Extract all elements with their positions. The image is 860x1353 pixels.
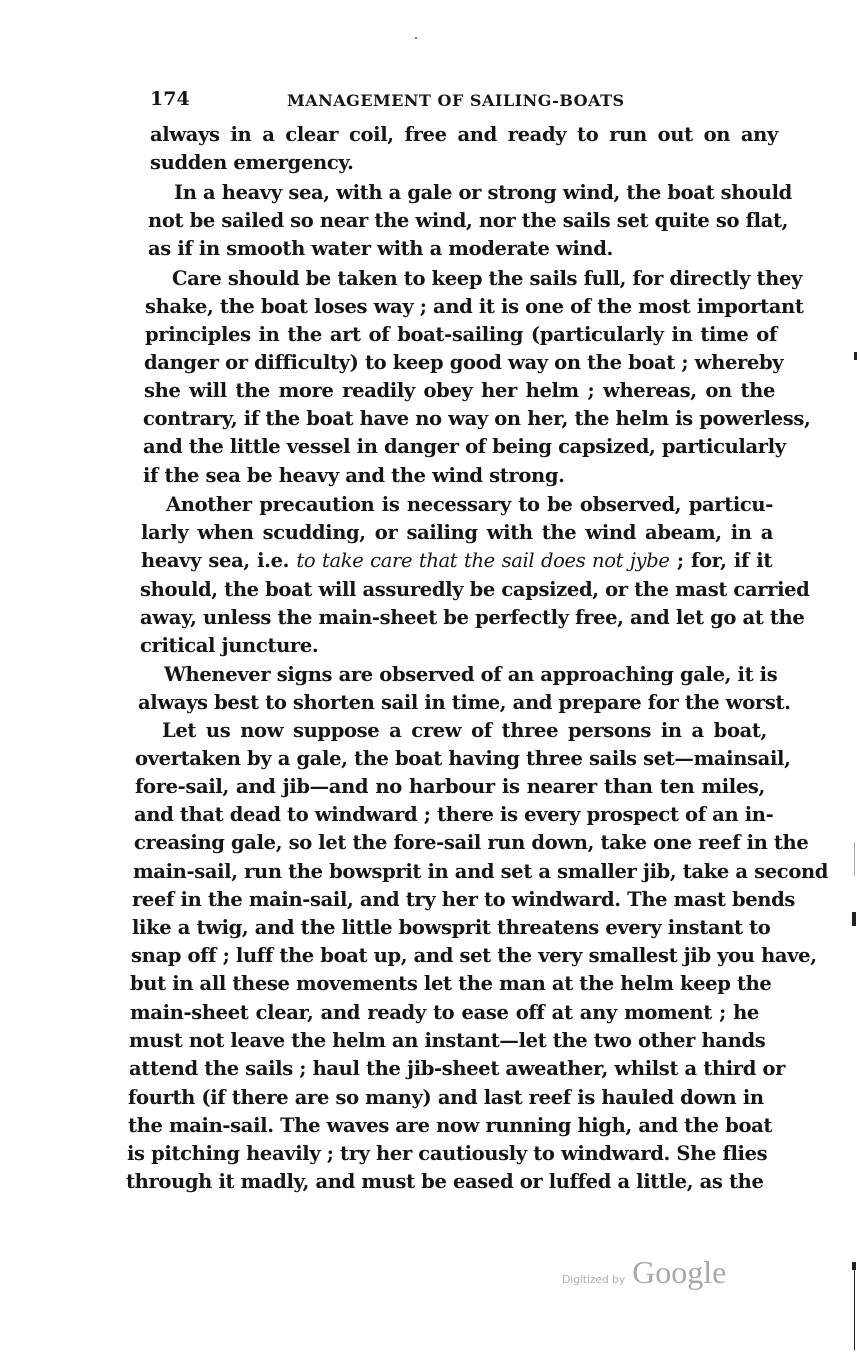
- text-line: creasing gale, so let the fore-sail run …: [134, 829, 764, 857]
- scan-edge-mark: [854, 352, 857, 360]
- text-span: ; for, if it: [670, 549, 772, 572]
- text-line: must not leave the helm an instant—let t…: [129, 1027, 758, 1055]
- text-line: critical juncture.: [140, 632, 310, 660]
- text-line: Another precaution is necessary to be ob…: [166, 491, 773, 519]
- text-line: like a twig, and the little bowsprit thr…: [132, 914, 762, 942]
- text-line: sudden emergency.: [150, 149, 340, 177]
- text-line: but in all these movements let the man a…: [130, 970, 760, 998]
- text-line: through it madly, and must be eased or l…: [126, 1168, 754, 1196]
- scan-edge-mark: [852, 912, 856, 926]
- running-title: MANAGEMENT OF SAILING-BOATS: [287, 91, 625, 110]
- watermark-prefix: Digitized by: [562, 1273, 625, 1286]
- scan-edge-line: [854, 842, 855, 876]
- scan-speck: [415, 37, 417, 39]
- text-line: she will the more readily obey her helm …: [144, 377, 775, 405]
- text-line: the main-sail. The waves are now running…: [128, 1112, 756, 1140]
- text-line: danger or difficulty) to keep good way o…: [144, 349, 776, 377]
- text-line: shake, the boat loses way ; and it is on…: [145, 293, 777, 321]
- text-line: heavy sea, i.e. to take care that the sa…: [141, 547, 772, 575]
- text-line: overtaken by a gale, the boat having thr…: [135, 745, 767, 773]
- text-line: contrary, if the boat have no way on her…: [143, 405, 775, 433]
- text-line: is pitching heavily ; try her cautiously…: [127, 1140, 756, 1168]
- text-line: always in a clear coil, free and ready t…: [150, 121, 778, 149]
- text-line: principles in the art of boat-sailing (p…: [145, 321, 777, 349]
- text-line: and that dead to windward ; there is eve…: [134, 801, 764, 829]
- text-line: main-sail, run the bowsprit in and set a…: [133, 858, 764, 886]
- text-line: main-sheet clear, and ready to ease off …: [130, 999, 759, 1027]
- text-line: as if in smooth water with a moderate wi…: [148, 235, 598, 263]
- italic-emphasis: to take care that the sail does not jybe: [296, 549, 669, 572]
- text-line: Whenever signs are observed of an approa…: [164, 661, 769, 689]
- text-line: reef in the main-sail, and try her to wi…: [132, 886, 762, 914]
- scan-edge-mark: [852, 1262, 856, 1270]
- text-line: always best to shorten sail in time, and…: [138, 689, 768, 717]
- text-line: away, unless the main-sheet be perfectly…: [140, 604, 770, 632]
- google-watermark: Digitized by Google: [562, 1254, 726, 1291]
- text-line: fore-sail, and jib—and no harbour is nea…: [135, 773, 765, 801]
- text-line: Let us now suppose a crew of three perso…: [162, 717, 767, 745]
- text-line: fourth (if there are so many) and last r…: [128, 1084, 756, 1112]
- page-header: 174 MANAGEMENT OF SAILING-BOATS: [150, 88, 780, 112]
- text-line: should, the boat will assuredly be capsi…: [140, 576, 771, 604]
- text-line: not be sailed so near the wind, nor the …: [148, 207, 778, 235]
- text-line: attend the sails ; haul the jib-sheet aw…: [129, 1055, 758, 1083]
- text-line: snap off ; luff the boat up, and set the…: [131, 942, 761, 970]
- text-span: heavy sea, i.e.: [141, 549, 296, 572]
- text-line: and the little vessel in danger of being…: [143, 433, 773, 461]
- text-line: In a heavy sea, with a gale or strong wi…: [174, 179, 778, 207]
- page-number: 174: [150, 88, 190, 110]
- text-line: if the sea be heavy and the wind strong.: [143, 462, 555, 490]
- text-line: larly when scudding, or sailing with the…: [141, 519, 773, 547]
- watermark-brand: Google: [632, 1254, 726, 1290]
- text-line: Care should be taken to keep the sails f…: [172, 265, 777, 293]
- scan-edge-line: [854, 1270, 855, 1350]
